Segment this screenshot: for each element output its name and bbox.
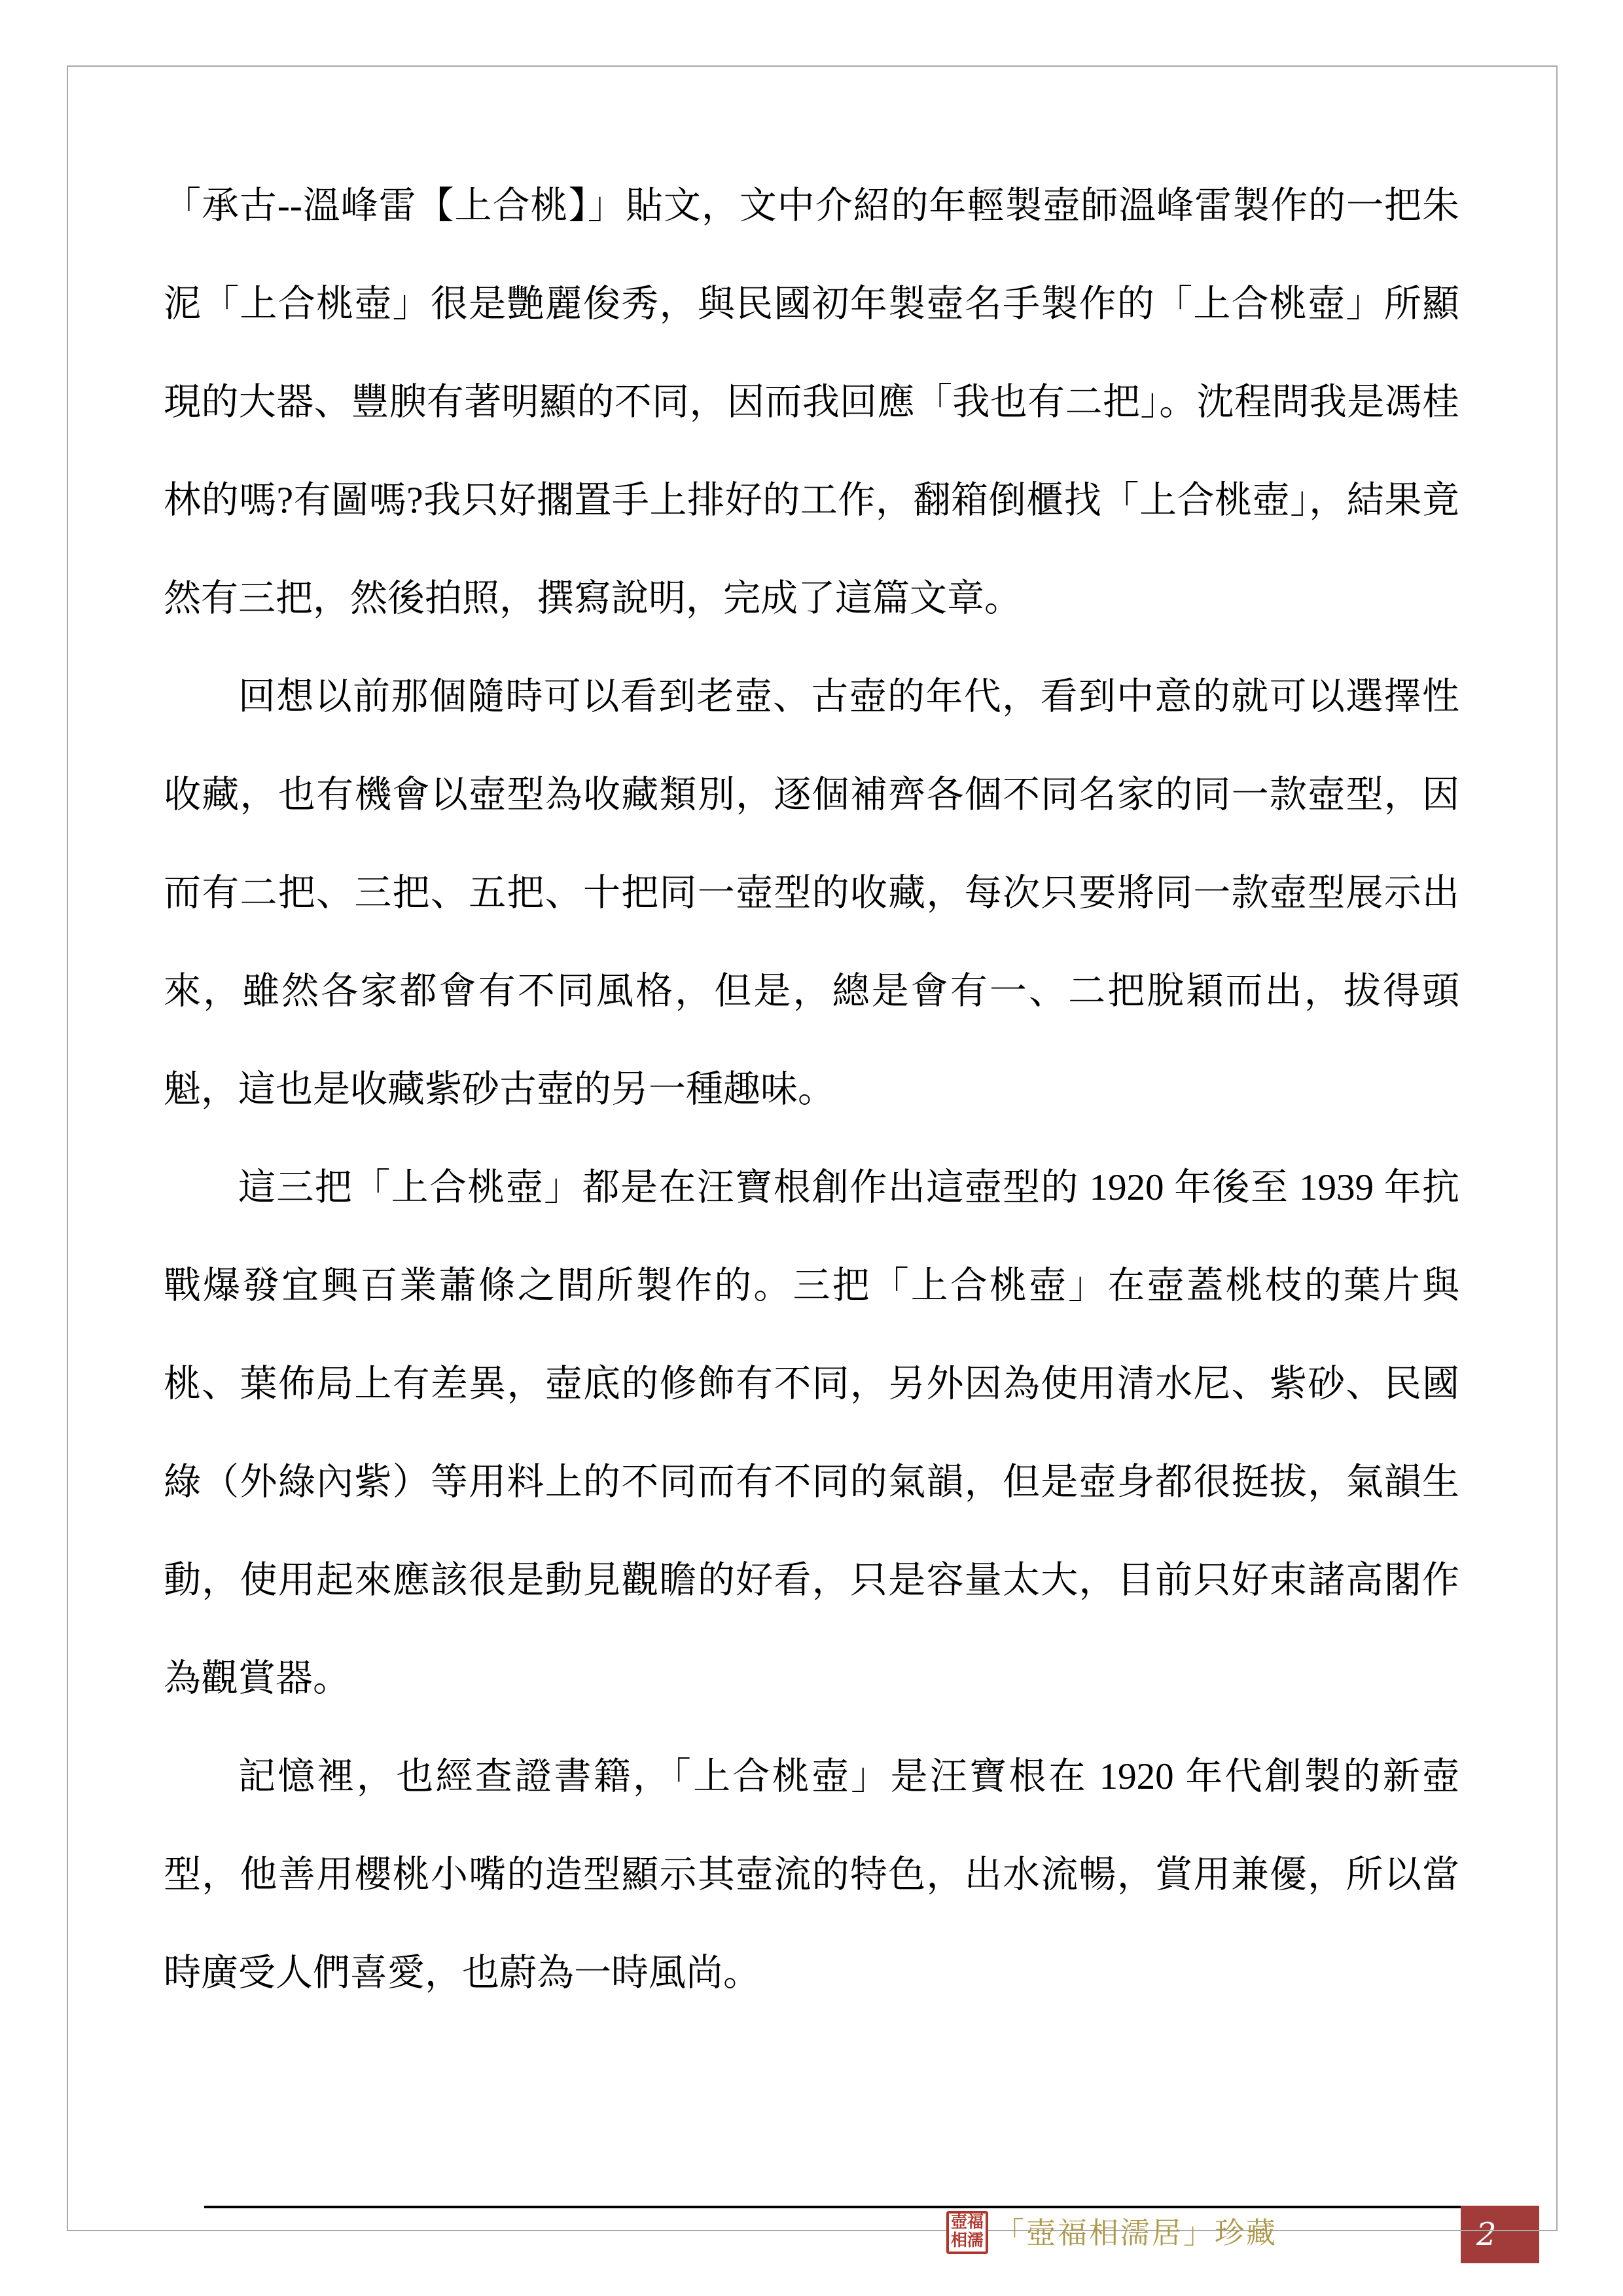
collection-seal-icon: 壺福相濡 (946, 2211, 988, 2254)
paragraph-2: 回想以前那個隨時可以看到老壺、古壺的年代，看到中意的就可以選擇性收藏，也有機會以… (164, 648, 1459, 1139)
footer-collection-label: 「壺福相濡居」珍藏 (995, 2214, 1277, 2253)
paragraph-4: 記憶裡，也經查證書籍，「上合桃壺」是汪寶根在 1920 年代創製的新壺型，他善用… (164, 1728, 1459, 2022)
document-text-block: 「承古--溫峰雷【上合桃】」貼文，文中介紹的年輕製壺師溫峰雷製作的一把朱泥「上合… (164, 157, 1459, 2022)
document-page: 「承古--溫峰雷【上合桃】」貼文，文中介紹的年輕製壺師溫峰雷製作的一把朱泥「上合… (0, 0, 1623, 2296)
page-number: 2 (1461, 2219, 1497, 2250)
page-number-badge: 2 (1461, 2206, 1539, 2263)
footer-rule (204, 2206, 1461, 2208)
paragraph-1: 「承古--溫峰雷【上合桃】」貼文，文中介紹的年輕製壺師溫峰雷製作的一把朱泥「上合… (164, 157, 1459, 648)
paragraph-3: 這三把「上合桃壺」都是在汪寶根創作出這壺型的 1920 年後至 1939 年抗戰… (164, 1139, 1459, 1728)
